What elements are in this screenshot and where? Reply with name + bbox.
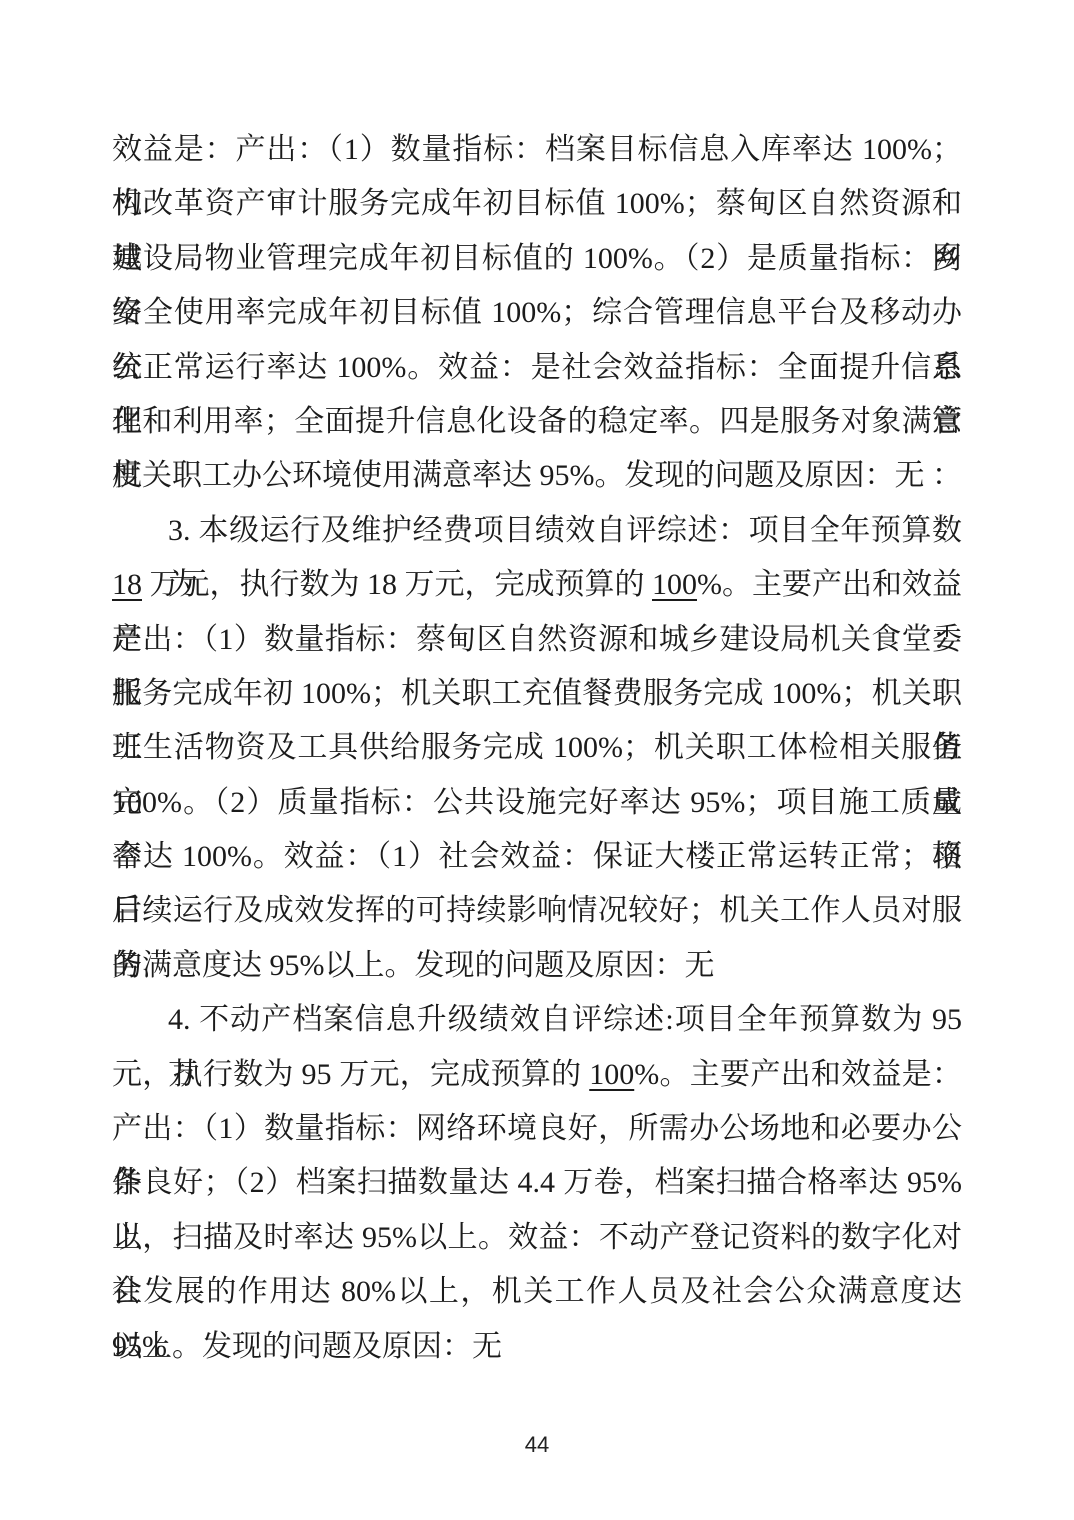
text-line: 100%。（2）质量指标：公共设施完好率达 95%；项目施工质量合格	[112, 776, 962, 830]
text-line: 上，扫描及时率达 95%以上。效益：不动产登记资料的数字化对社	[112, 1211, 962, 1265]
text-segment: 元，执行数为 95 万元，完成预算的	[112, 1058, 589, 1091]
text-line: 效益是：产出：（1）数量指标：档案目标信息入库率达 100%；机	[112, 123, 962, 177]
text-line: 建设局物业管理完成年初目标值的 100%。（2）是质量指标：网络	[112, 232, 962, 286]
underlined-text: 18	[112, 568, 142, 601]
text-segment: 的满意度达 95%以上。发现的问题及原因：无	[112, 949, 715, 982]
underlined-text: 100	[652, 568, 697, 601]
text-line: 机关职工办公环境使用满意率达 95%。发现的问题及原因：无	[112, 449, 962, 503]
text-segment: 万元，执行数为 18 万元，完成预算的	[142, 568, 652, 601]
text-line: 4. 不动产档案信息升级绩效自评综述:项目全年预算数为 95 万	[112, 993, 962, 1047]
text-segment: %。主要产出和效益是：	[634, 1058, 962, 1091]
text-line: 会发展的作用达 80%以上，机关工作人员及社会公众满意度达 95%	[112, 1265, 962, 1319]
text-line: 率达 100%。效益：（1）社会效益：保证大楼正常运转正常；项目	[112, 830, 962, 884]
text-line: 产出：（1）数量指标：网络环境良好，所需办公场地和必要办公条	[112, 1102, 962, 1156]
text-line: 件良好；（2）档案扫描数量达 4.4 万卷，档案扫描合格率达 95%以	[112, 1156, 962, 1210]
underlined-text: 100	[589, 1058, 634, 1091]
text-line: 后续运行及成效发挥的可持续影响情况较好；机关工作人员对服务	[112, 884, 962, 938]
text-line: 产出：（1）数量指标：蔡甸区自然资源和城乡建设局机关食堂委托	[112, 613, 962, 667]
text-line: 18 万元，执行数为 18 万元，完成预算的 100%。主要产出和效益是：	[112, 558, 962, 612]
text-segment: 以上。发现的问题及原因：无	[112, 1330, 502, 1363]
page-number: 44	[0, 1432, 1074, 1458]
text-line: 服务完成年初 100%；机关职工充值餐费服务完成 100%；机关职工值	[112, 667, 962, 721]
document-page: 效益是：产出：（1）数量指标：档案目标信息入库率达 100%；机构改革资产审计服…	[0, 0, 1074, 1520]
text-line: 构改革资产审计服务完成年初目标值 100%；蔡甸区自然资源和城乡	[112, 177, 962, 231]
text-line: 理和利用率；全面提升信息化设备的稳定率。四是服务对象满意度：	[112, 395, 962, 449]
text-segment: 机关职工办公环境使用满意率达 95%。发现的问题及原因：无	[112, 459, 925, 492]
text-line: 以上。发现的问题及原因：无	[112, 1320, 962, 1374]
text-line: 安全使用率完成年初目标值 100%；综合管理信息平台及移动办公系	[112, 286, 962, 340]
text-line: 的满意度达 95%以上。发现的问题及原因：无	[112, 939, 962, 993]
text-line: 3. 本级运行及维护经费项目绩效自评综述：项目全年预算数为	[112, 504, 962, 558]
text-line: 元，执行数为 95 万元，完成预算的 100%。主要产出和效益是：	[112, 1048, 962, 1102]
text-line: 班生活物资及工具供给服务完成 100%；机关职工体检相关服务完成	[112, 721, 962, 775]
document-body: 效益是：产出：（1）数量指标：档案目标信息入库率达 100%；机构改革资产审计服…	[112, 123, 962, 1374]
text-line: 统正常运行率达 100%。效益：是社会效益指标：全面提升信息化管	[112, 341, 962, 395]
